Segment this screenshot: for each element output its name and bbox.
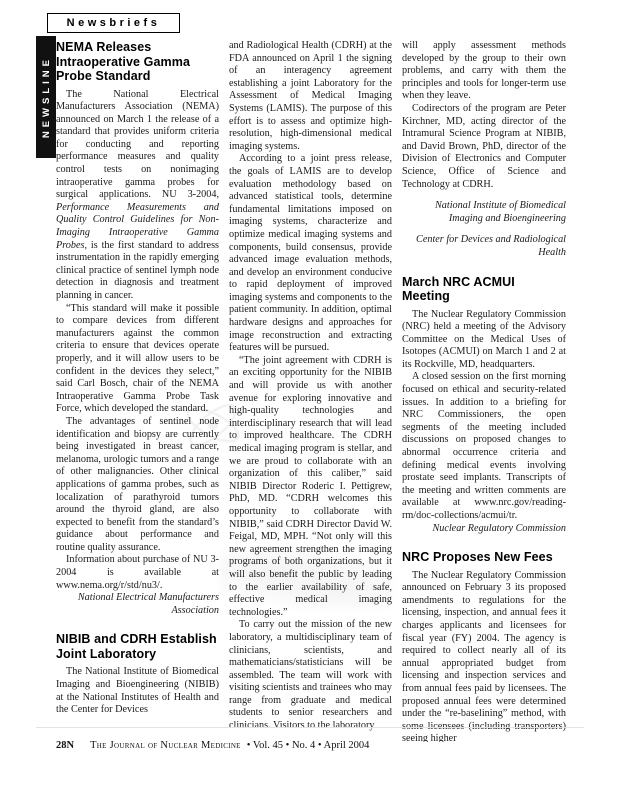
article-title-nema: NEMA Releases Intraoperative Gamma Probe… <box>56 40 219 84</box>
article-title-nibib: NIBIB and CDRH Establish Joint Laborator… <box>56 632 219 661</box>
issue-info: • Vol. 45 • No. 4 • April 2004 <box>247 740 370 751</box>
newsbriefs-page: Newsbriefs NEWSLINE NEMA Releases Intrao… <box>0 0 620 812</box>
newsline-label: NEWSLINE <box>41 56 52 138</box>
article-paragraph: The National Electrical Manufacturers As… <box>56 89 219 303</box>
article-attribution: Center for Devices and Radiological Heal… <box>402 234 566 259</box>
article-attribution: National Institute of Biomedical Imaging… <box>402 200 566 225</box>
footer-rule <box>36 727 584 728</box>
article-paragraph: “The joint agreement with CDRH is an exc… <box>229 355 392 619</box>
article-paragraph: The National Institute of Biomedical Ima… <box>56 666 219 716</box>
article-paragraph: A closed session on the first morning fo… <box>402 371 566 522</box>
paragraph-text: The National Electrical Manufacturers As… <box>56 89 219 201</box>
section-header-box: Newsbriefs <box>47 13 180 33</box>
section-label: Newsbriefs <box>67 17 161 29</box>
column-3: will apply assessment methods developed … <box>402 40 566 742</box>
page-footer: 28N The Journal of Nuclear Medicine • Vo… <box>56 740 576 751</box>
article-paragraph-continued: and Radiological Health (CDRH) at the FD… <box>229 40 392 153</box>
newsline-sidebar-tab: NEWSLINE <box>36 36 56 158</box>
article-attribution: National Electrical Manufacturers Associ… <box>56 592 219 617</box>
article-paragraph: The Nuclear Regulatory Commission announ… <box>402 570 566 742</box>
article-paragraph: According to a joint press release, the … <box>229 153 392 355</box>
article-paragraph: “This standard will make it possible to … <box>56 303 219 416</box>
article-paragraph: Codirectors of the program are Peter Kir… <box>402 103 566 191</box>
article-title-fees: NRC Proposes New Fees <box>402 550 566 565</box>
article-paragraph: To carry out the mission of the new labo… <box>229 619 392 732</box>
column-2: and Radiological Health (CDRH) at the FD… <box>229 40 392 742</box>
article-title-acmui: March NRC ACMUI Meeting <box>402 275 566 304</box>
page-number: 28N <box>56 740 74 751</box>
article-paragraph: Information about purchase of NU 3-2004 … <box>56 554 219 592</box>
article-attribution: Nuclear Regulatory Commission <box>402 523 566 536</box>
journal-name: The Journal of Nuclear Medicine <box>90 740 241 751</box>
column-1: NEMA Releases Intraoperative Gamma Probe… <box>56 40 219 742</box>
article-paragraph: The advantages of sentinel node identifi… <box>56 416 219 555</box>
article-paragraph-continued: will apply assessment methods developed … <box>402 40 566 103</box>
article-paragraph: The Nuclear Regulatory Commission (NRC) … <box>402 309 566 372</box>
